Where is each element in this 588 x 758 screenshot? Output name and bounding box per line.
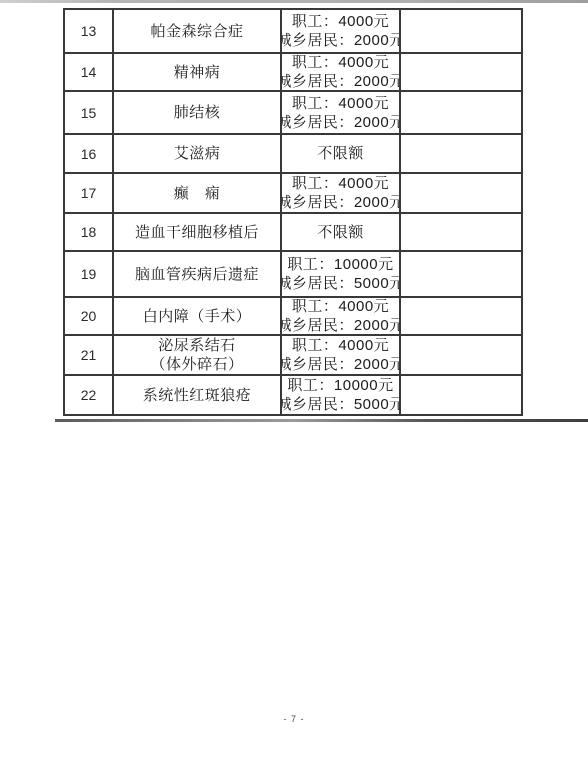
table-row: 13 帕金森综合症 职工：4000元城乡居民：2000元 (65, 10, 521, 52)
limit-resident: 城乡居民：2000元 (280, 72, 399, 90)
row-number-cell: 14 (65, 54, 112, 90)
disease-name: 造血干细胞移植后 (135, 223, 259, 242)
row-number: 22 (81, 387, 97, 403)
table-row: 14 精神病 职工：4000元城乡居民：2000元 (65, 52, 521, 90)
row-number-cell: 19 (65, 252, 112, 296)
disease-name-cell: 精神病 (112, 54, 280, 90)
row-number: 15 (81, 105, 97, 121)
row-number: 13 (81, 23, 97, 39)
disease-name-line2: （体外碎石） (150, 355, 243, 374)
limit-unlimited: 不限额 (317, 223, 364, 242)
limit-cell: 职工：4000元城乡居民：2000元 (280, 54, 399, 90)
empty-cell (399, 252, 521, 296)
limit-employee: 职工：4000元 (292, 298, 389, 316)
row-number-cell: 20 (65, 298, 112, 334)
row-number-cell: 15 (65, 92, 112, 133)
limit-cell: 不限额 (280, 135, 399, 172)
table-row: 15 肺结核 职工：4000元城乡居民：2000元 (65, 90, 521, 133)
row-number: 20 (81, 308, 97, 324)
empty-cell (399, 214, 521, 250)
disease-name: 精神病 (174, 63, 221, 82)
empty-cell (399, 298, 521, 334)
row-number-cell: 17 (65, 174, 112, 212)
limit-resident: 城乡居民：2000元 (280, 113, 399, 132)
limit-cell: 职工：4000元城乡居民：2000元 (280, 10, 399, 52)
disease-name: 脑血管疾病后遗症 (135, 265, 259, 284)
table-row: 21 泌尿系结石（体外碎石） 职工：4000元城乡居民：2000元 (65, 334, 521, 374)
row-number: 21 (81, 347, 97, 363)
row-number-cell: 21 (65, 336, 112, 374)
limit-resident: 城乡居民：2000元 (280, 355, 399, 374)
disease-name: 肺结核 (174, 103, 221, 122)
limit-resident: 城乡居民：5000元 (280, 395, 399, 414)
disease-name-cell: 艾滋病 (112, 135, 280, 172)
chronic-disease-limit-table: 13 帕金森综合症 职工：4000元城乡居民：2000元 14 精神病 职工：4… (63, 8, 523, 416)
empty-cell (399, 174, 521, 212)
table-row: 17 癫 痫 职工：4000元城乡居民：2000元 (65, 172, 521, 212)
disease-name: 白内障（手术） (143, 307, 252, 326)
row-number-cell: 22 (65, 376, 112, 414)
limit-employee: 职工：4000元 (292, 12, 389, 31)
limit-cell: 职工：4000元城乡居民：2000元 (280, 174, 399, 212)
table-row: 20 白内障（手术） 职工：4000元城乡居民：2000元 (65, 296, 521, 334)
limit-cell: 职工：4000元城乡居民：2000元 (280, 92, 399, 133)
disease-name-cell: 脑血管疾病后遗症 (112, 252, 280, 296)
empty-cell (399, 135, 521, 172)
row-number: 16 (81, 146, 97, 162)
scanned-document-page: 13 帕金森综合症 职工：4000元城乡居民：2000元 14 精神病 职工：4… (0, 0, 588, 758)
limit-employee: 职工：4000元 (292, 54, 389, 72)
disease-name: 系统性红斑狼疮 (143, 386, 252, 405)
empty-cell (399, 54, 521, 90)
disease-name: 癫 痫 (174, 184, 221, 203)
limit-employee: 职工：10000元 (287, 376, 393, 395)
empty-cell (399, 10, 521, 52)
row-number: 14 (81, 64, 97, 80)
limit-employee: 职工：4000元 (292, 174, 389, 193)
scan-edge-bottom-line (55, 419, 588, 422)
disease-name-cell: 造血干细胞移植后 (112, 214, 280, 250)
limit-unlimited: 不限额 (317, 144, 364, 163)
disease-name: 帕金森综合症 (150, 22, 243, 41)
scan-edge-top-line (0, 0, 588, 3)
row-number: 18 (81, 224, 97, 240)
table-row: 18 造血干细胞移植后 不限额 (65, 212, 521, 250)
table-row: 22 系统性红斑狼疮 职工：10000元城乡居民：5000元 (65, 374, 521, 414)
row-number: 19 (81, 266, 97, 282)
limit-cell: 职工：4000元城乡居民：2000元 (280, 298, 399, 334)
row-number-cell: 18 (65, 214, 112, 250)
disease-name: 艾滋病 (174, 144, 221, 163)
disease-name-cell: 帕金森综合症 (112, 10, 280, 52)
page-number: - 7 - (0, 714, 588, 724)
limit-cell: 不限额 (280, 214, 399, 250)
disease-name-cell: 癫 痫 (112, 174, 280, 212)
limit-resident: 城乡居民：2000元 (280, 316, 399, 334)
table-row: 19 脑血管疾病后遗症 职工：10000元城乡居民：5000元 (65, 250, 521, 296)
limit-resident: 城乡居民：5000元 (280, 274, 399, 293)
empty-cell (399, 336, 521, 374)
limit-resident: 城乡居民：2000元 (280, 31, 399, 50)
limit-employee: 职工：10000元 (287, 255, 393, 274)
limit-employee: 职工：4000元 (292, 336, 389, 355)
empty-cell (399, 92, 521, 133)
row-number-cell: 13 (65, 10, 112, 52)
limit-cell: 职工：4000元城乡居民：2000元 (280, 336, 399, 374)
disease-name-cell: 系统性红斑狼疮 (112, 376, 280, 414)
disease-name-cell: 肺结核 (112, 92, 280, 133)
limit-cell: 职工：10000元城乡居民：5000元 (280, 252, 399, 296)
limit-employee: 职工：4000元 (292, 94, 389, 113)
limit-cell: 职工：10000元城乡居民：5000元 (280, 376, 399, 414)
disease-name-cell: 白内障（手术） (112, 298, 280, 334)
disease-name: 泌尿系结石 (158, 336, 236, 355)
limit-resident: 城乡居民：2000元 (280, 193, 399, 212)
row-number: 17 (81, 185, 97, 201)
empty-cell (399, 376, 521, 414)
disease-name-cell: 泌尿系结石（体外碎石） (112, 336, 280, 374)
table-row: 16 艾滋病 不限额 (65, 133, 521, 172)
row-number-cell: 16 (65, 135, 112, 172)
